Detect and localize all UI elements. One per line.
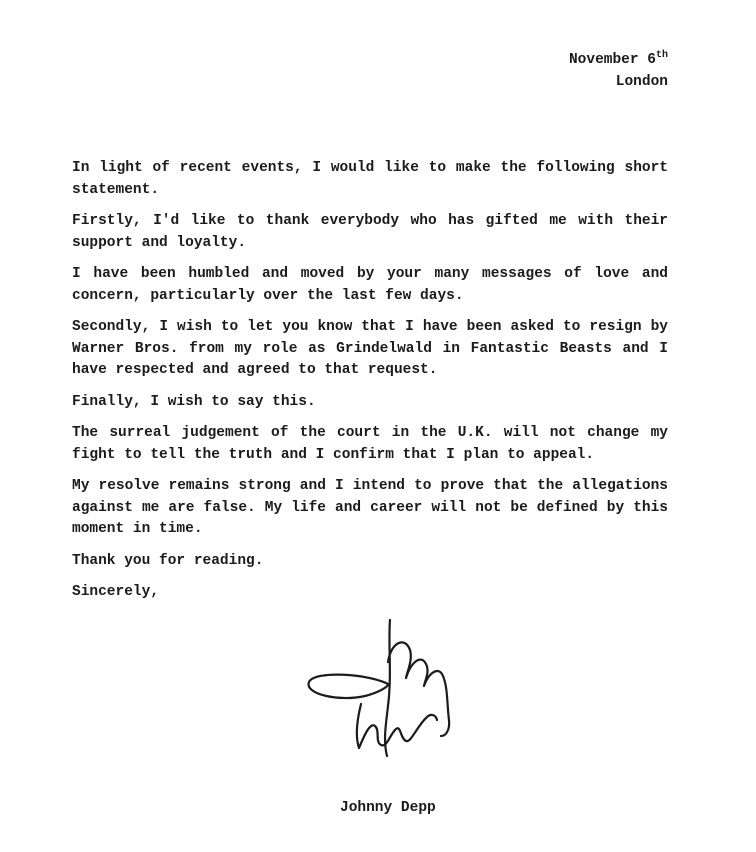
- date-text: November 6: [569, 52, 656, 68]
- date-block: November 6th London: [569, 50, 668, 93]
- letter-paragraph: The surreal judgement of the court in th…: [72, 423, 668, 466]
- letter-page: November 6th London In light of recent e…: [0, 0, 756, 852]
- location-line: London: [569, 72, 668, 94]
- letter-paragraph: Secondly, I wish to let you know that I …: [72, 317, 668, 382]
- closing-salutation: Sincerely,: [72, 582, 668, 604]
- letter-paragraph: Finally, I wish to say this.: [72, 392, 668, 414]
- letter-paragraph: In light of recent events, I would like …: [72, 158, 668, 201]
- signed-name: Johnny Depp: [340, 798, 436, 820]
- date-line: November 6th: [569, 50, 668, 72]
- letter-paragraph: I have been humbled and moved by your ma…: [72, 264, 668, 307]
- letter-paragraph: Thank you for reading.: [72, 551, 668, 573]
- letter-body: In light of recent events, I would like …: [72, 158, 668, 819]
- letter-paragraph: My resolve remains strong and I intend t…: [72, 476, 668, 541]
- signature-scribble: [297, 614, 487, 762]
- date-ordinal-suffix: th: [656, 50, 668, 61]
- letter-paragraph: Firstly, I'd like to thank everybody who…: [72, 211, 668, 254]
